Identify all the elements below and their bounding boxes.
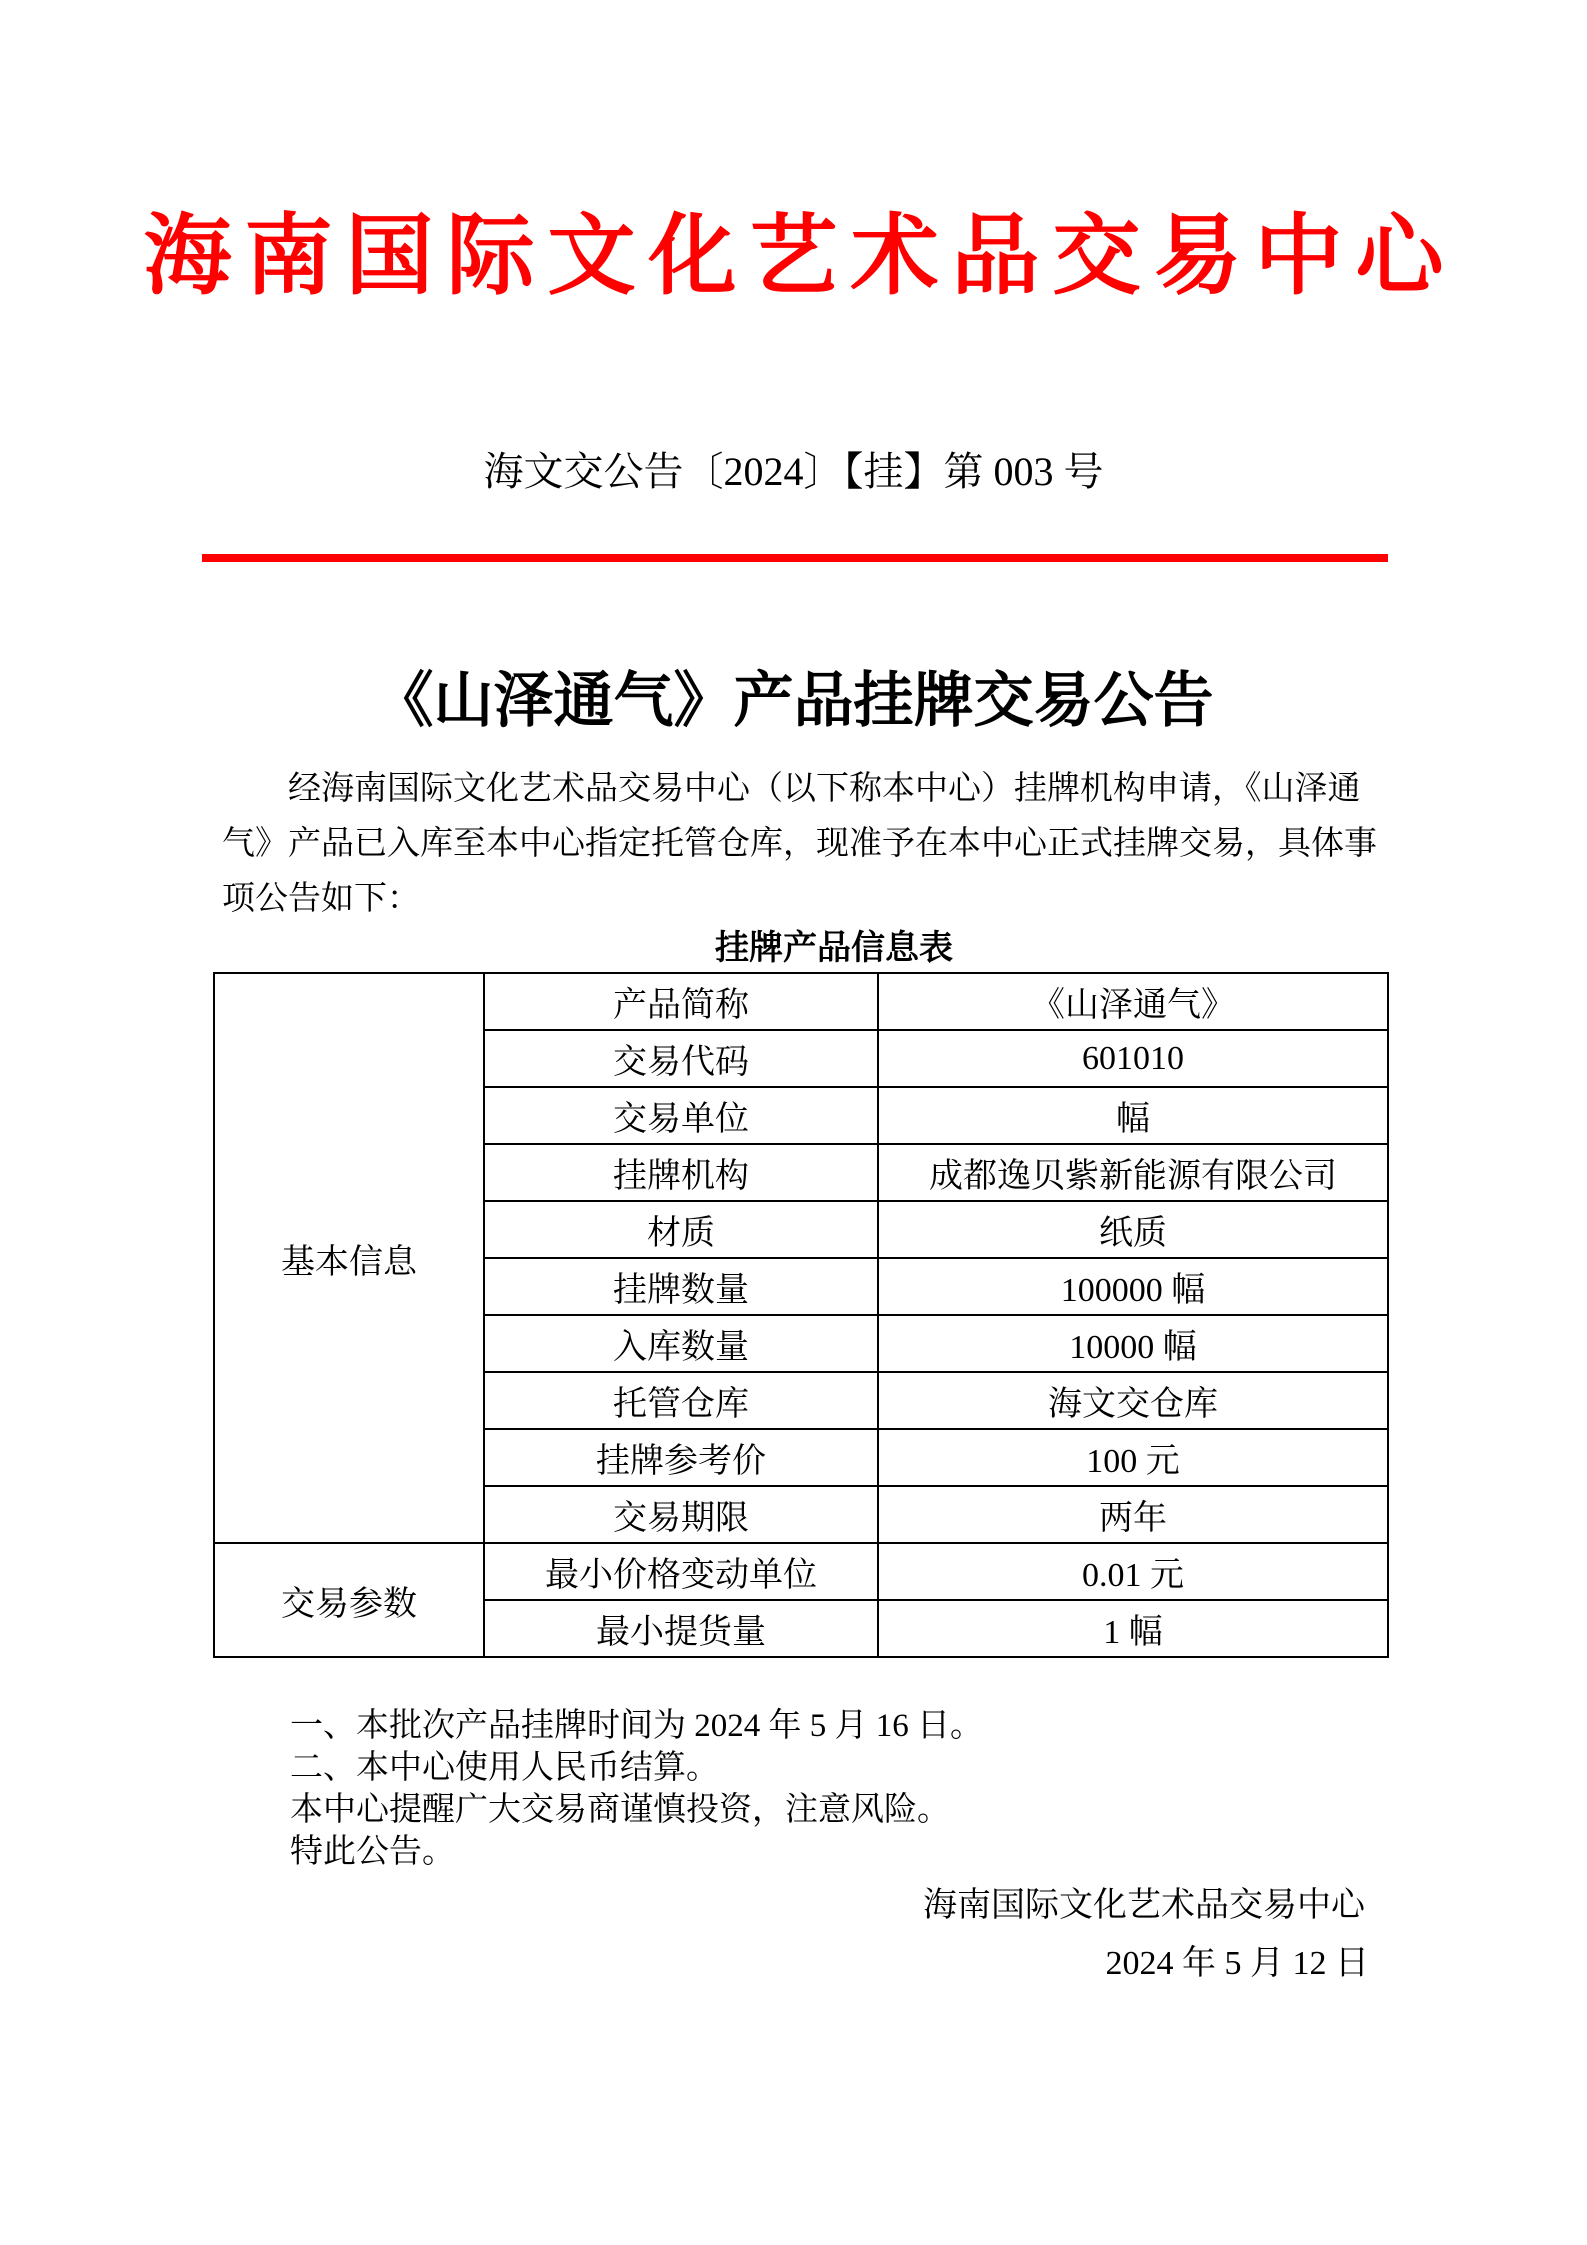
note-line: 本中心提醒广大交易商谨慎投资，注意风险。 <box>290 1789 1390 1831</box>
field-label-cell: 挂牌数量 <box>484 1258 878 1315</box>
table-caption: 挂牌产品信息表 <box>213 926 1387 972</box>
field-value-cell: 10000 幅 <box>878 1315 1388 1372</box>
field-label-cell: 挂牌机构 <box>484 1144 878 1201</box>
note-line: 二、本中心使用人民币结算。 <box>290 1747 1390 1789</box>
red-divider <box>202 554 1388 562</box>
field-label-cell: 交易期限 <box>484 1486 878 1543</box>
field-value-cell: 成都逸贝紫新能源有限公司 <box>878 1144 1388 1201</box>
intro-line: 经海南国际文化艺术品交易中心（以下称本中心）挂牌机构申请，《山泽通 <box>222 762 1372 817</box>
notes-section: 一、本批次产品挂牌时间为 2024 年 5 月 16 日。 二、本中心使用人民币… <box>290 1705 1390 1873</box>
org-title: 海南国际文化艺术品交易中心 <box>0 202 1587 314</box>
field-label-cell: 交易单位 <box>484 1087 878 1144</box>
note-line: 特此公告。 <box>290 1831 1390 1873</box>
field-value-cell: 海文交仓库 <box>878 1372 1388 1429</box>
field-value-cell: 《山泽通气》 <box>878 973 1388 1030</box>
group-label-cell: 基本信息 <box>214 973 484 1543</box>
field-label-cell: 交易代码 <box>484 1030 878 1087</box>
intro-line: 气》产品已入库至本中心指定托管仓库，现准予在本中心正式挂牌交易，具体事 <box>222 817 1372 872</box>
intro-line: 项公告如下： <box>222 872 1372 927</box>
field-label-cell: 托管仓库 <box>484 1372 878 1429</box>
field-value-cell: 100 元 <box>878 1429 1388 1486</box>
signature-org: 海南国际文化艺术品交易中心 <box>923 1885 1365 1927</box>
table-row: 交易参数 最小价格变动单位 0.01 元 <box>214 1543 1388 1600</box>
doc-number: 海文交公告〔2024〕【挂】第 003 号 <box>0 444 1587 500</box>
signature-date: 2024 年 5 月 12 日 <box>1106 1943 1370 1985</box>
field-value-cell: 两年 <box>878 1486 1388 1543</box>
field-label-cell: 材质 <box>484 1201 878 1258</box>
document-page: 海南国际文化艺术品交易中心 海文交公告〔2024〕【挂】第 003 号 《山泽通… <box>0 0 1587 2245</box>
field-value-cell: 100000 幅 <box>878 1258 1388 1315</box>
field-value-cell: 601010 <box>878 1030 1388 1087</box>
note-line: 一、本批次产品挂牌时间为 2024 年 5 月 16 日。 <box>290 1705 1390 1747</box>
field-label-cell: 挂牌参考价 <box>484 1429 878 1486</box>
field-label-cell: 最小提货量 <box>484 1600 878 1657</box>
field-value-cell: 0.01 元 <box>878 1543 1388 1600</box>
product-info-table: 基本信息 产品简称 《山泽通气》 交易代码 601010 交易单位 幅 挂牌机构… <box>213 972 1389 1658</box>
table-row: 基本信息 产品简称 《山泽通气》 <box>214 973 1388 1030</box>
field-value-cell: 纸质 <box>878 1201 1388 1258</box>
group-label-cell: 交易参数 <box>214 1543 484 1657</box>
field-label-cell: 产品简称 <box>484 973 878 1030</box>
field-label-cell: 最小价格变动单位 <box>484 1543 878 1600</box>
announcement-title: 《山泽通气》产品挂牌交易公告 <box>0 660 1587 742</box>
field-value-cell: 幅 <box>878 1087 1388 1144</box>
intro-paragraph: 经海南国际文化艺术品交易中心（以下称本中心）挂牌机构申请，《山泽通 气》产品已入… <box>222 762 1372 927</box>
field-value-cell: 1 幅 <box>878 1600 1388 1657</box>
field-label-cell: 入库数量 <box>484 1315 878 1372</box>
